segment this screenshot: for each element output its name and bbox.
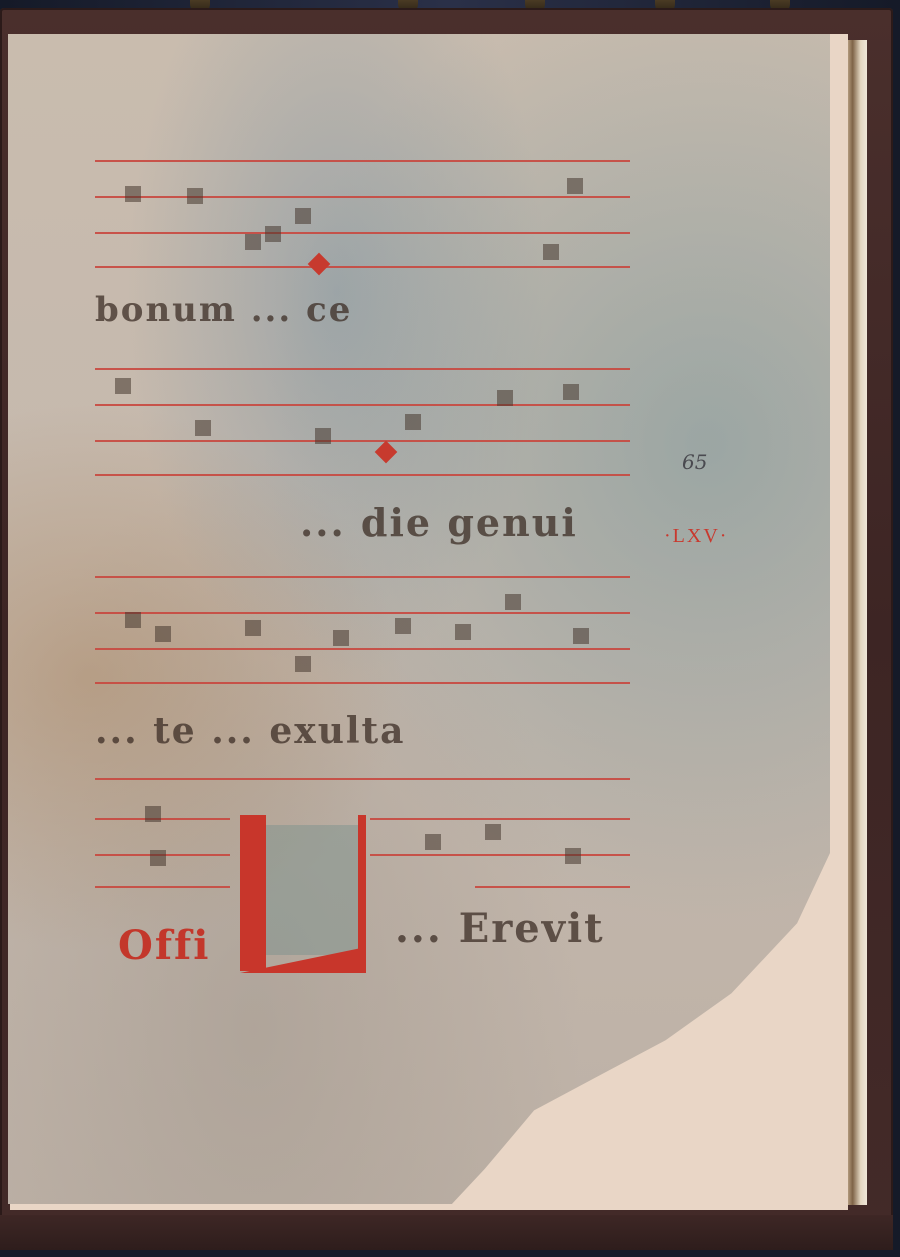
folio-pencil-number: 65: [682, 450, 707, 474]
music-staff-1: [95, 160, 630, 270]
text-line-3: ... te ... exulta: [95, 710, 635, 752]
rubric-offi: Offi: [118, 922, 218, 969]
text-line-5: ... Erevit: [395, 905, 635, 952]
red-neume: [375, 441, 398, 464]
text-line-2: ... die genui: [300, 500, 840, 545]
decorated-initial-L: [210, 815, 366, 973]
binding-bottom-edge: [0, 1215, 893, 1250]
music-staff-2: [95, 368, 630, 478]
folio-roman-numeral: ·LXV·: [664, 525, 728, 548]
text-line-1: bonum ... ce: [95, 290, 635, 330]
music-staff-3: [95, 576, 630, 686]
